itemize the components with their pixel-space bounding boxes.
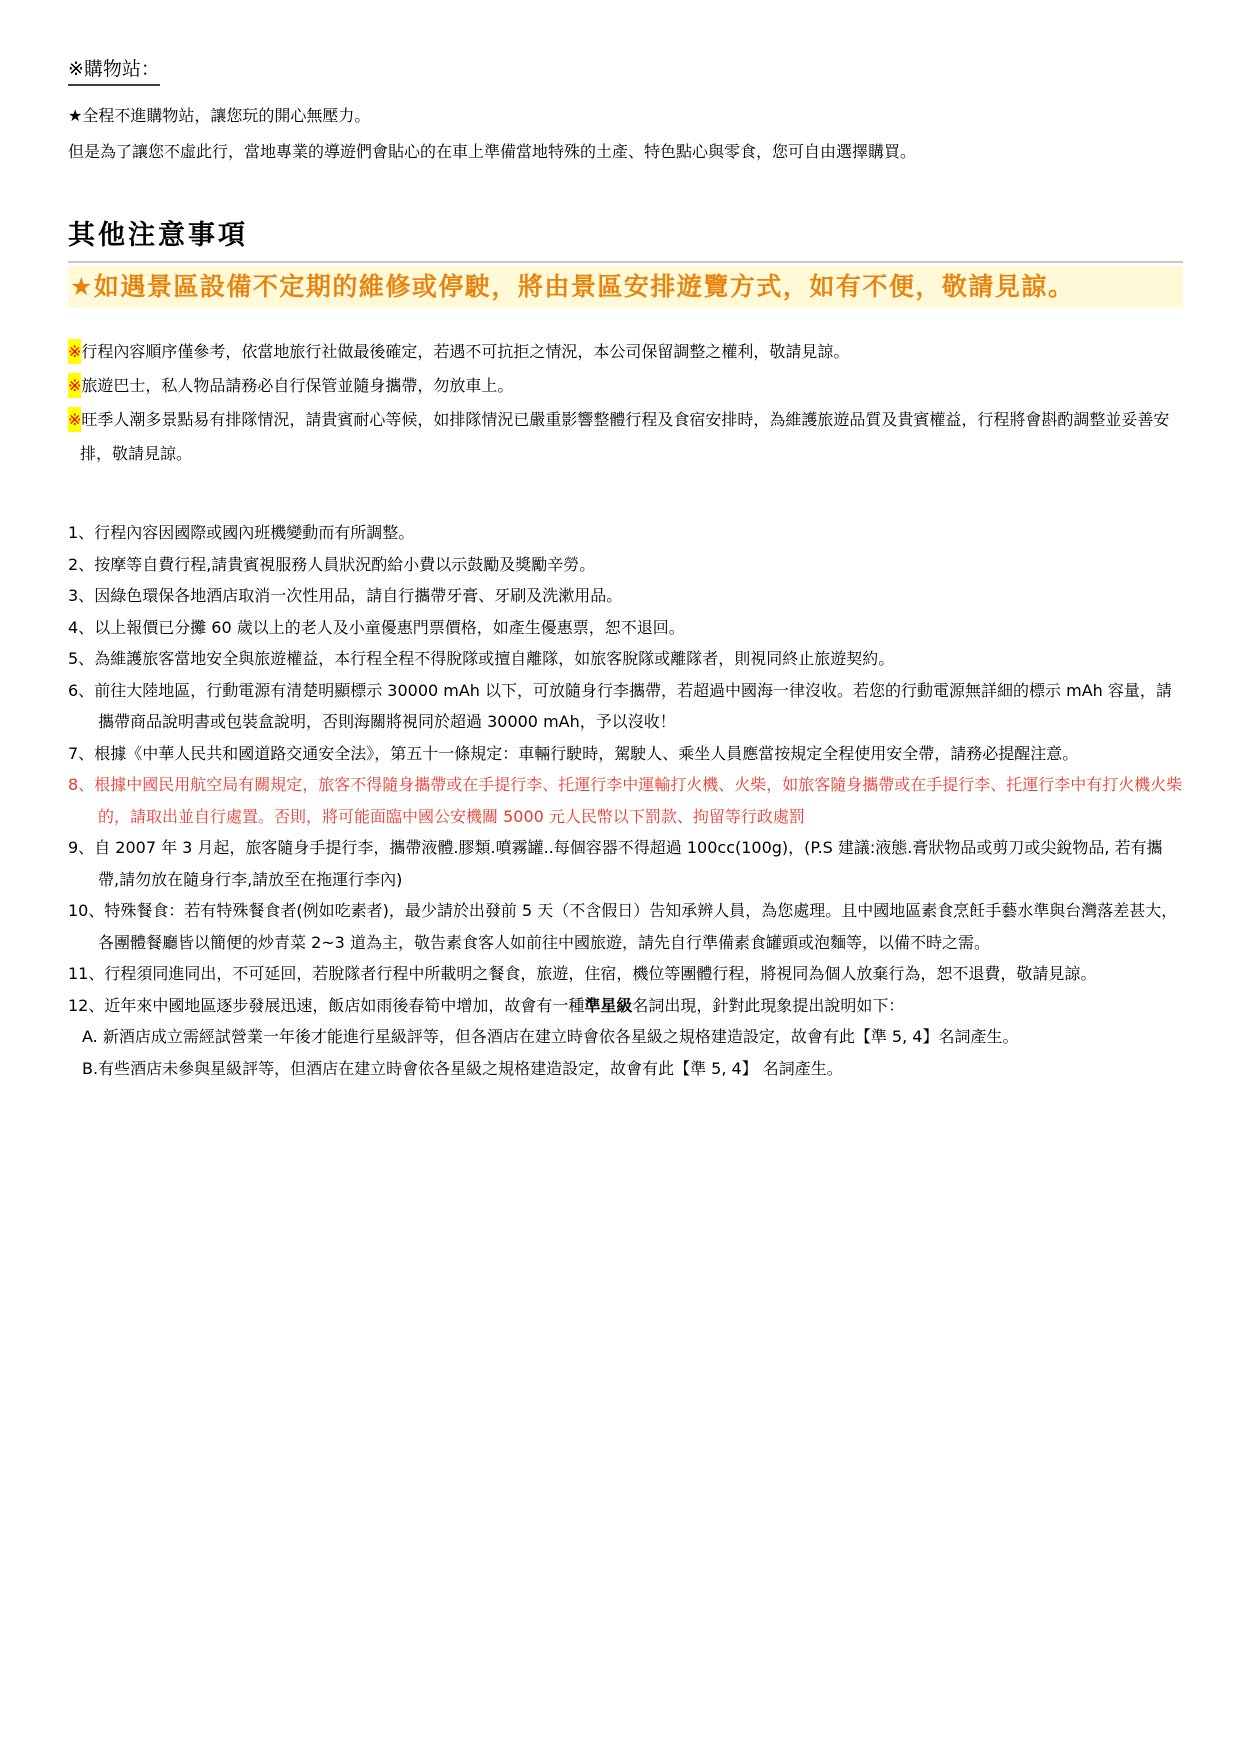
item-text: 近年來中國地區逐步發展迅速，飯店如雨後春筍中增加，故會有一種 — [104, 996, 584, 1015]
list-item-6: 6、前往大陸地區，行動電源有清楚明顯標示 30000 mAh 以下，可放隨身行李… — [68, 675, 1183, 738]
item-text: 根據中國民用航空局有關規定，旅客不得隨身攜帶或在手提行李、托運行李中運輸打火機、… — [94, 775, 1182, 826]
notice-marks: ※行程內容順序僅參考，依當地旅行社做最後確定，若遇不可抗拒之情況，本公司保留調整… — [68, 335, 1183, 471]
asterisk-mark-icon: ※ — [68, 373, 81, 398]
item-text: 因綠色環保各地酒店取消一次性用品，請自行攜帶牙膏、牙刷及洗漱用品。 — [94, 586, 622, 605]
list-item-12-sub-b: B.有些酒店未參與星級評等，但酒店在建立時會依各星級之規格建造設定，故會有此【準… — [68, 1053, 1183, 1085]
notice-heading: 其他注意事項 — [68, 213, 1183, 263]
item-number: 8、 — [68, 775, 94, 794]
item-number: 5、 — [68, 649, 94, 668]
item-number: 9、 — [68, 838, 94, 857]
shopping-section-title: ※購物站： — [68, 56, 1183, 82]
item-text: 以上報價已分攤 60 歲以上的老人及小童優惠門票價格，如產生優惠票，恕不退回。 — [94, 618, 685, 637]
list-item-4: 4、以上報價已分攤 60 歲以上的老人及小童優惠門票價格，如產生優惠票，恕不退回… — [68, 612, 1183, 644]
document-page: ※購物站： ★全程不進購物站，讓您玩的開心無壓力。 但是為了讓您不虛此行，當地專… — [0, 0, 1241, 1084]
mark-text: 旅遊巴士，私人物品請務必自行保管並隨身攜帶，勿放車上。 — [81, 376, 513, 395]
list-item-5: 5、為維護旅客當地安全與旅遊權益，本行程全程不得脫隊或擅自離隊，如旅客脫隊或離隊… — [68, 643, 1183, 675]
list-item-12-sub-a: A. 新酒店成立需經試營業一年後才能進行星級評等，但各酒店在建立時會依各星級之規… — [68, 1021, 1183, 1053]
item-number: 6、 — [68, 681, 94, 700]
item-number: 10、 — [68, 901, 104, 920]
item-text: 按摩等自費行程,請貴賓視服務人員狀況酌給小費以示鼓勵及獎勵辛勞。 — [94, 555, 595, 574]
list-item-2: 2、按摩等自費行程,請貴賓視服務人員狀況酌給小費以示鼓勵及獎勵辛勞。 — [68, 549, 1183, 581]
list-item-1: 1、行程內容因國際或國內班機變動而有所調整。 — [68, 517, 1183, 549]
item-text: 根據《中華人民共和國道路交通安全法》，第五十一條規定：車輛行駛時，駕駛人、乘坐人… — [94, 744, 1078, 763]
item-text: 特殊餐食：若有特殊餐食者(例如吃素者)，最少請於出發前 5 天（不含假日）告知承… — [98, 901, 1177, 952]
mark-text: 旺季人潮多景點易有排隊情況，請貴賓耐心等候，如排隊情況已嚴重影響整體行程及食宿安… — [80, 410, 1169, 463]
item-number: 12、 — [68, 996, 104, 1015]
shopping-line-1: ★全程不進購物站，讓您玩的開心無壓力。 — [68, 104, 1183, 127]
mark-item: ※旺季人潮多景點易有排隊情況，請貴賓耐心等候，如排隊情況已嚴重影響整體行程及食宿… — [68, 403, 1183, 471]
list-item-3: 3、因綠色環保各地酒店取消一次性用品，請自行攜帶牙膏、牙刷及洗漱用品。 — [68, 580, 1183, 612]
list-item-10: 10、特殊餐食：若有特殊餐食者(例如吃素者)，最少請於出發前 5 天（不含假日）… — [68, 895, 1183, 958]
item-number: 1、 — [68, 523, 94, 542]
shopping-line-2: 但是為了讓您不虛此行，當地專業的導遊們會貼心的在車上準備當地特殊的土產、特色點心… — [68, 140, 1183, 163]
list-item-9: 9、自 2007 年 3 月起，旅客隨身手提行李，攜帶液體.膠類.噴霧罐..每個… — [68, 832, 1183, 895]
mark-item: ※行程內容順序僅參考，依當地旅行社做最後確定，若遇不可抗拒之情況，本公司保留調整… — [68, 335, 1183, 369]
item-text: 行程須同進同出，不可延回，若脫隊者行程中所載明之餐食，旅遊，住宿，機位等團體行程… — [104, 964, 1096, 983]
item-text: 自 2007 年 3 月起，旅客隨身手提行李，攜帶液體.膠類.噴霧罐..每個容器… — [94, 838, 1162, 889]
list-item-8-warning: 8、根據中國民用航空局有關規定，旅客不得隨身攜帶或在手提行李、托運行李中運輸打火… — [68, 769, 1183, 832]
item-number: 7、 — [68, 744, 94, 763]
item-text: 名詞出現，針對此現象提出說明如下： — [632, 996, 904, 1015]
item-number: 4、 — [68, 618, 94, 637]
asterisk-mark-icon: ※ — [68, 339, 81, 364]
notice-banner: ★如遇景區設備不定期的維修或停駛，將由景區安排遊覽方式，如有不便，敬請見諒。 — [68, 266, 1183, 308]
notice-list: 1、行程內容因國際或國內班機變動而有所調整。 2、按摩等自費行程,請貴賓視服務人… — [68, 517, 1183, 1084]
item-text: 行程內容因國際或國內班機變動而有所調整。 — [94, 523, 414, 542]
item-number: 3、 — [68, 586, 94, 605]
mark-item: ※旅遊巴士，私人物品請務必自行保管並隨身攜帶，勿放車上。 — [68, 369, 1183, 403]
item-text: 前往大陸地區，行動電源有清楚明顯標示 30000 mAh 以下，可放隨身行李攜帶… — [94, 681, 1172, 732]
mark-text: 行程內容順序僅參考，依當地旅行社做最後確定，若遇不可抗拒之情況，本公司保留調整之… — [81, 342, 849, 361]
list-item-11: 11、行程須同進同出，不可延回，若脫隊者行程中所載明之餐食，旅遊，住宿，機位等團… — [68, 958, 1183, 990]
item-text-bold: 準星級 — [584, 996, 632, 1015]
item-number: 2、 — [68, 555, 94, 574]
asterisk-mark-icon: ※ — [68, 407, 81, 432]
item-text: 為維護旅客當地安全與旅遊權益，本行程全程不得脫隊或擅自離隊，如旅客脫隊或離隊者，… — [94, 649, 894, 668]
item-number: 11、 — [68, 964, 104, 983]
list-item-7: 7、根據《中華人民共和國道路交通安全法》，第五十一條規定：車輛行駛時，駕駛人、乘… — [68, 738, 1183, 770]
list-item-12: 12、近年來中國地區逐步發展迅速，飯店如雨後春筍中增加，故會有一種準星級名詞出現… — [68, 990, 1183, 1022]
shopping-title-text: ※購物站： — [68, 58, 160, 86]
